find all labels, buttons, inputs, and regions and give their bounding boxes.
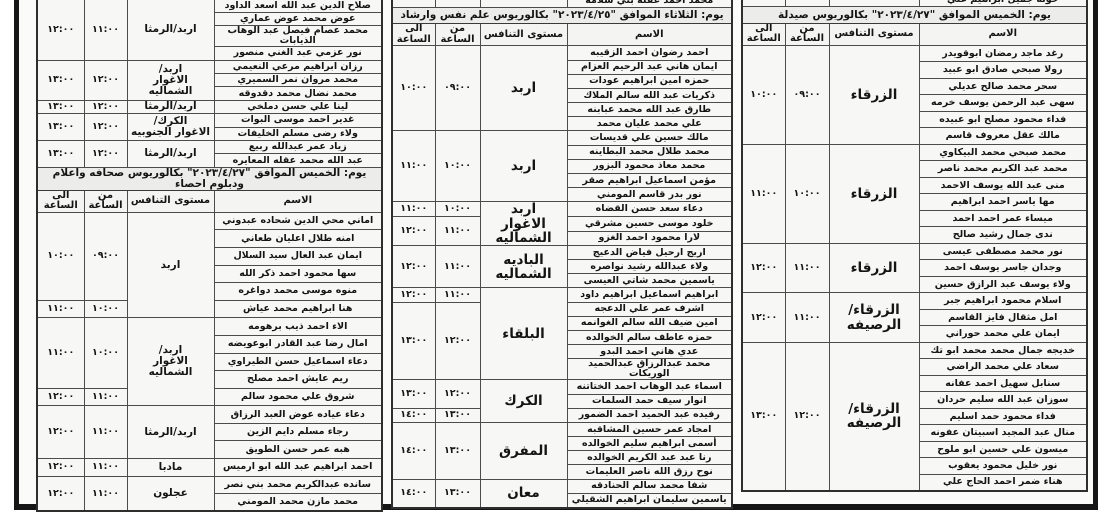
name-cell: نور خليل محمود يعقوب	[919, 458, 1087, 475]
name-cell: ندى جمال رشيد صالح	[919, 227, 1087, 244]
name-cell: هنا ابراهيم محمد عياش	[214, 300, 382, 318]
level-cell: اربد/ الاغوار الشماليه	[127, 318, 214, 406]
from-cell: ١٠:٠٠	[84, 318, 127, 388]
name-cell: ايمان هاني عبد الرحيم العزام	[567, 60, 732, 74]
to-cell: ١٢:٠٠	[37, 406, 84, 459]
name-cell: منى عبد الله يوسف الاحمد	[919, 177, 1087, 194]
column-header-level: مستوى التنافس	[127, 190, 214, 212]
name-cell: مالك حسين علي قديسات	[567, 131, 732, 145]
name-cell: امجاد عمر حسين المشاقبه	[567, 422, 732, 436]
name-cell: حمزه عاطف سالم الخوالده	[567, 331, 732, 345]
level-cell: اربد/ الاغوار الشماليه	[127, 60, 214, 100]
name-cell: سعاد علي محمد الراضي	[919, 359, 1087, 376]
name-cell: سنابل سهيل احمد عفانه	[919, 375, 1087, 392]
name-cell: وجدان جاسر يوسف احمد	[919, 260, 1087, 277]
name-cell: دعاء اسماعيل حسن الطيراوي	[214, 353, 382, 371]
day-header: يوم: الثلاثاء الموافق "٢٠٢٣/٤/٢٥" بكالور…	[392, 8, 732, 24]
name-cell: سحر محمد صالح عديلي	[919, 78, 1087, 95]
name-cell: ميساء عمر احمد احمد	[919, 210, 1087, 227]
from-cell: ١١:٠٠	[84, 388, 127, 406]
to-cell: ١٠:٠٠	[742, 45, 785, 144]
from-cell: ١٢:٠٠	[84, 100, 127, 113]
to-cell: ١٣:٠٠	[37, 100, 84, 113]
name-cell: دعاء عياده عوض العبد الرزاق	[214, 406, 382, 424]
name-cell: شروق علي محمود سالم	[214, 388, 382, 406]
name-cell: عبد الله محمد عقله المعايره	[214, 154, 382, 167]
level-cell: الزرقاء	[829, 144, 919, 243]
to-cell: ١٢:٠٠	[392, 216, 435, 245]
table-row: غدير احمد موسى البواتالكرك/ الاغوار الجن…	[37, 114, 382, 127]
name-cell: ولاء يوسف عبد الرازق حسين	[919, 276, 1087, 293]
name-cell: امين ضيف الله سالم الغوانمه	[567, 316, 732, 330]
from-cell: ١٢:٠٠	[785, 342, 829, 491]
name-cell: خلود موسى حسين مشرقي	[567, 216, 732, 231]
name-cell: انوار سيف حمد السلمات	[567, 394, 732, 408]
column-header-name: الاسم	[567, 24, 732, 46]
name-cell: احمد ابراهيم عبد الله ابو ارميس	[214, 459, 382, 477]
day-header-row: يوم: الخميس الموافق "٢٠٢٣/٤/٢٧" بكالوريو…	[37, 167, 382, 190]
name-cell: ايمان علي محمد حوراني	[919, 326, 1087, 343]
day-header-row: يوم: الخميس الموافق "٢٠٢٣/٤/٢٧" بكالوريو…	[742, 7, 1087, 24]
level-cell: اربد/الرمثا	[127, 100, 214, 113]
from-cell: ١١:٠٠	[84, 0, 127, 60]
name-cell: ذكريات عبد الله سالم الملاك	[567, 88, 732, 102]
level-cell: الكرك	[480, 380, 567, 423]
level-cell: اربد الاغوار الشماليه	[480, 202, 567, 246]
column-header-from: من الساعة	[84, 190, 127, 212]
name-cell: هناء ضمر احمد الحاج علي	[919, 474, 1087, 491]
name-cell: مالك عقل معروف قاسم	[919, 128, 1087, 145]
name-cell: امال رضا عبد القادر ابوعويضه	[214, 335, 382, 353]
name-cell: رنا عبد عبد الكريم الخوالده	[567, 451, 732, 465]
table-row: اماني محي الدين شحاده عبدونياربد٠٩:٠٠١٠:…	[37, 212, 382, 230]
name-cell: هبه عمر حسن الطويق	[214, 441, 382, 459]
table-row: الاء احمد ذيب برهومهاربد/ الاغوار الشمال…	[37, 318, 382, 336]
name-cell: ياسمين محمد شاتي العيسى	[567, 274, 732, 288]
name-cell: نور بدر قاسم المومني	[567, 188, 732, 202]
to-cell: ١٤:٠٠	[392, 479, 435, 507]
column-header-name: الاسم	[919, 23, 1087, 45]
name-cell: امل مثقال فايز القاسم	[919, 309, 1087, 326]
level-cell: المفرق	[480, 422, 567, 479]
name-cell: اماني محي الدين شحاده عبدوني	[214, 212, 382, 230]
table-row: اسماء عبد الوهاب احمد الختاتنهالكرك١٢:٠٠…	[392, 380, 732, 394]
column-header-level: مستوى التنافس	[480, 24, 567, 46]
column-header-row: الاسممستوى التنافسمن الساعةالى الساعة	[392, 24, 732, 46]
table-row: رزان ابراهيم مرعي النعيمياربد/ الاغوار ا…	[37, 60, 382, 73]
name-cell: دعاء سعد حسن القضاه	[567, 202, 732, 216]
from-cell: ١٣:٠٠	[435, 479, 480, 507]
from-cell: ١١:٠٠	[435, 245, 480, 288]
name-cell: ياسمين سليمان ابراهيم الشقيلي	[567, 493, 732, 507]
from-cell: ٠٩:٠٠	[435, 46, 480, 131]
table-row: خديجه جمال محمد محمد ابو تكالزرقاء/الرصي…	[742, 342, 1087, 359]
to-cell: ١٣:٠٠	[37, 140, 84, 167]
from-cell: ١٢:٠٠	[84, 140, 127, 167]
to-cell: ١١:٠٠	[37, 300, 84, 318]
table-row: نور محمد مصطفى عيسىالزرقاء١١:٠٠١٢:٠٠	[742, 243, 1087, 260]
name-cell: سهى عبد الرحمن يوسف خرمه	[919, 95, 1087, 112]
table-row: محمد صبحي محمد البيكاويالزرقاء١٠:٠٠١١:٠٠	[742, 144, 1087, 161]
name-cell: زياد عمر عبدالله ربيع	[214, 140, 382, 153]
name-cell: علي محمد عليان محمد	[567, 117, 732, 131]
name-cell: رزان ابراهيم مرعي النعيمي	[214, 60, 382, 73]
level-cell: الزرقاء	[829, 45, 919, 144]
from-cell: ١٢:٠٠	[84, 114, 127, 141]
name-cell: خديجه جمال محمد محمد ابو تك	[919, 342, 1087, 359]
name-cell: ايمان عبد العال سيد السلال	[214, 247, 382, 265]
name-cell: منوه موسى محمد دواغره	[214, 283, 382, 301]
to-cell: ١٣:٠٠	[392, 380, 435, 408]
from-cell: ١١:٠٠	[785, 293, 829, 343]
table-row: لينا علي حسن دملخياربد/الرمثا١٢:٠٠١٣:٠٠	[37, 100, 382, 113]
level-cell	[829, 0, 919, 7]
from-cell: ١١:٠٠	[84, 406, 127, 459]
table-row: زياد عمر عبدالله ربيعاربد/الرمثا١٢:٠٠١٣:…	[37, 140, 382, 153]
level-cell: الزرقاء/الرصيفه	[829, 342, 919, 491]
level-cell: الباديه الشماليه	[480, 245, 567, 288]
to-cell: ١٣:٠٠	[392, 302, 435, 380]
to-cell: ١٢:٠٠	[742, 243, 785, 293]
name-cell: محمد مروان نمر السميري	[214, 74, 382, 87]
from-cell: ٠٩:٠٠	[785, 45, 829, 144]
level-cell: البلقاء	[480, 288, 567, 380]
name-cell: محمد عصام فيصل عبد الوهاب الذيابات	[214, 26, 382, 47]
from-cell: ١١:٠٠	[435, 288, 480, 302]
level-cell: اربد	[480, 46, 567, 131]
name-cell: رغد ماجد رمضان ابوقويدر	[919, 45, 1087, 62]
name-cell: رجاء مسلم دايم الزين	[214, 423, 382, 441]
from-cell: ١٣:٠٠	[435, 408, 480, 422]
table-row: صلاح الدين عبد الله اسعد الداوداربد/الرم…	[37, 0, 382, 12]
from-cell: ١٢:٠٠	[435, 302, 480, 380]
table-row: شفا محمد سالم الحنادقهمعان١٣:٠٠١٤:٠٠	[392, 479, 732, 493]
to-cell: ١٢:٠٠	[392, 288, 435, 302]
name-cell: منال عبد المجيد اسبيتان عفونه	[919, 425, 1087, 442]
name-cell: مها ياسر احمد ابراهيم	[919, 194, 1087, 211]
name-cell: عوض محمد عوض عماري	[214, 12, 382, 25]
to-cell: ١٢:٠٠	[37, 476, 84, 511]
name-cell: محمد عبد الكريم محمد ناصر	[919, 161, 1087, 178]
name-cell: ولاء عبدالله رشيد نواصره	[567, 260, 732, 274]
schedule-table-psychology-schedule: محمد احمد عقله بني سلامهيوم: الثلاثاء ال…	[391, 0, 733, 509]
table-row: احمد ابراهيم عبد الله ابو ارميسمادبا١١:٠…	[37, 459, 382, 477]
name-cell: محمد طلال محمد البطاينه	[567, 145, 732, 159]
level-cell: الكرك/ الاغوار الجنوبيه	[127, 114, 214, 141]
level-cell	[480, 0, 567, 8]
name-cell: رولا صبحي صادق ابو عبيد	[919, 62, 1087, 79]
to-cell: ١١:٠٠	[37, 318, 84, 388]
from-cell: ١٠:٠٠	[84, 300, 127, 318]
to-cell: ١٢:٠٠	[37, 388, 84, 406]
to-cell: ١١:٠٠	[392, 131, 435, 202]
level-cell: اربد/الرمثا	[127, 0, 214, 60]
name-cell: لارا محمود احمد الغزو	[567, 231, 732, 245]
column-header-name: الاسم	[214, 190, 382, 212]
level-cell: اربد/الرمثا	[127, 406, 214, 459]
from-cell: ١٠:٠٠	[435, 202, 480, 216]
name-cell: محمد احمد عقله بني سلامه	[567, 0, 732, 8]
name-cell: شفا محمد سالم الحنادقه	[567, 479, 732, 493]
to-cell: ١٠:٠٠	[37, 212, 84, 300]
name-cell: ريم عايش احمد مصلح	[214, 371, 382, 389]
to-cell: ١٢:٠٠	[392, 245, 435, 288]
table-row: اسلام محمود ابراهيم جبرالزرقاء/الرصيفه١١…	[742, 293, 1087, 310]
column-header-row: الاسممستوى التنافسمن الساعةالى الساعة	[37, 190, 382, 212]
name-cell: طارق عبد الله محمد عبابنه	[567, 103, 732, 117]
from-cell: ١١:٠٠	[84, 459, 127, 477]
to-cell: ١٤:٠٠	[392, 422, 435, 479]
day-header: يوم: الخميس الموافق "٢٠٢٣/٤/٢٧" بكالوريو…	[742, 7, 1087, 24]
level-cell: اربد/الرمثا	[127, 140, 214, 167]
schedule-table-pharmacy-schedule: خوله جميل ابراهيم علييوم: الخميس الموافق…	[741, 0, 1088, 492]
table-row: مالك حسين علي قديساتاربد١٠:٠٠١١:٠٠	[392, 131, 732, 145]
name-cell: الاء احمد ذيب برهومه	[214, 318, 382, 336]
from-cell	[435, 0, 480, 8]
name-cell: ميسون علي حسين ابو ملوح	[919, 441, 1087, 458]
name-cell: اسماء عبد الوهاب احمد الختاتنه	[567, 380, 732, 394]
table-row: دعاء عياده عوض العبد الرزاقاربد/الرمثا١١…	[37, 406, 382, 424]
to-cell: ١١:٠٠	[742, 144, 785, 243]
to-cell: ١٤:٠٠	[392, 408, 435, 422]
name-cell: غدير احمد موسى البوات	[214, 114, 382, 127]
name-cell: محمد مازن محمد المومني	[214, 494, 382, 512]
name-cell: أسمى ابراهيم سليم الخوالده	[567, 437, 732, 451]
name-cell: اشرف عمر علي الدعجه	[567, 302, 732, 316]
level-cell: عجلون	[127, 476, 214, 511]
to-cell: ١٢:٠٠	[37, 0, 84, 60]
name-cell: محمد صبحي محمد البيكاوي	[919, 144, 1087, 161]
to-cell	[742, 0, 785, 7]
day-header: يوم: الخميس الموافق "٢٠٢٣/٤/٢٧" بكالوريو…	[37, 167, 382, 190]
table-row: احمد رضوان احمد الزقيبهاربد٠٩:٠٠١٠:٠٠	[392, 46, 732, 60]
from-cell	[785, 0, 829, 7]
to-cell: ١٢:٠٠	[742, 293, 785, 343]
name-cell: اسلام محمود ابراهيم جبر	[919, 293, 1087, 310]
table-row: امجاد عمر حسين المشاقبهالمفرق١٣:٠٠١٤:٠٠	[392, 422, 732, 436]
name-cell: محمد عبدالرزاق عبدالحميد الوريكات	[567, 359, 732, 380]
name-cell: رفيده عبد الحميد احمد الضمور	[567, 408, 732, 422]
from-cell: ١٣:٠٠	[435, 422, 480, 479]
to-cell	[392, 0, 435, 8]
name-cell: محمد معاذ محمود البزور	[567, 159, 732, 173]
column-header-from: من الساعة	[785, 23, 829, 45]
name-cell: مؤمن اسماعيل ابراهيم صقر	[567, 174, 732, 188]
from-cell: ٠٩:٠٠	[84, 212, 127, 300]
column-header-level: مستوى التنافس	[829, 23, 919, 45]
table-row-partial: خوله جميل ابراهيم علي	[742, 0, 1087, 7]
column-header-from: من الساعة	[435, 24, 480, 46]
name-cell: عدي هاني احمد البدو	[567, 345, 732, 359]
to-cell: ١٢:٠٠	[37, 459, 84, 477]
table-row: سانده عبدالكريم محمد بني نصرعجلون١١:٠٠١٢…	[37, 476, 382, 494]
level-cell: الزرقاء	[829, 243, 919, 293]
psychology-table-area: محمد احمد عقله بني سلامهيوم: الثلاثاء ال…	[391, 0, 733, 509]
name-cell: فداء محمود حمد اسليم	[919, 408, 1087, 425]
column-header-to: الى الساعة	[37, 190, 84, 212]
name-cell: نور عزمي عبد الغني منصور	[214, 47, 382, 60]
name-cell: ولاء رضى مسلم الخليفات	[214, 127, 382, 140]
name-cell: حمزه امين ابراهيم عودات	[567, 74, 732, 88]
name-cell: احمد رضوان احمد الزقيبه	[567, 46, 732, 60]
schedule-table-press-media-schedule: صلاح الدين عبد الله اسعد الداوداربد/الرم…	[36, 0, 383, 512]
press-media-table-area: صلاح الدين عبد الله اسعد الداوداربد/الرم…	[36, 0, 383, 512]
level-cell: اربد	[480, 131, 567, 202]
table-row-partial: محمد احمد عقله بني سلامه	[392, 0, 732, 8]
name-cell: نوح رزق الله ناصر العليمات	[567, 465, 732, 479]
name-cell: ابراهيم اسماعيل ابراهيم داود	[567, 288, 732, 302]
table-row: ابراهيم اسماعيل ابراهيم داودالبلقاء١١:٠٠…	[392, 288, 732, 302]
pharmacy-table-area: خوله جميل ابراهيم علييوم: الخميس الموافق…	[741, 0, 1088, 492]
day-header-row: يوم: الثلاثاء الموافق "٢٠٢٣/٤/٢٥" بكالور…	[392, 8, 732, 24]
name-cell: سانده عبدالكريم محمد بني نصر	[214, 476, 382, 494]
name-cell: امنه طلال اعليان طعاني	[214, 230, 382, 248]
from-cell: ١٢:٠٠	[435, 380, 480, 408]
from-cell: ١١:٠٠	[435, 216, 480, 245]
to-cell: ١٠:٠٠	[392, 46, 435, 131]
name-cell: صلاح الدين عبد الله اسعد الداود	[214, 0, 382, 12]
column-header-to: الى الساعة	[742, 23, 785, 45]
to-cell: ١١:٠٠	[392, 202, 435, 216]
name-cell: فداء محمود مصلح ابو عبيده	[919, 111, 1087, 128]
level-cell: مادبا	[127, 459, 214, 477]
table-row: اريج ارحيل فياض الدعيجالباديه الشماليه١١…	[392, 245, 732, 259]
table-row: رغد ماجد رمضان ابوقويدرالزرقاء٠٩:٠٠١٠:٠٠	[742, 45, 1087, 62]
column-header-row: الاسممستوى التنافسمن الساعةالى الساعة	[742, 23, 1087, 45]
name-cell: خوله جميل ابراهيم علي	[919, 0, 1087, 7]
from-cell: ١٠:٠٠	[435, 131, 480, 202]
from-cell: ١١:٠٠	[84, 476, 127, 511]
name-cell: اريج ارحيل فياض الدعيج	[567, 245, 732, 259]
name-cell: سوزان عبد الله سليم حردان	[919, 392, 1087, 409]
from-cell: ١١:٠٠	[785, 243, 829, 293]
name-cell: نور محمد مصطفى عيسى	[919, 243, 1087, 260]
name-cell: لينا علي حسن دملخي	[214, 100, 382, 113]
level-cell: معان	[480, 479, 567, 507]
column-header-to: الى الساعة	[392, 24, 435, 46]
from-cell: ١٢:٠٠	[84, 60, 127, 100]
level-cell: الزرقاء/الرصيفه	[829, 293, 919, 343]
name-cell: سها محمود احمد ذكر الله	[214, 265, 382, 283]
name-cell: محمد نضال محمد دقدوقه	[214, 87, 382, 100]
level-cell: اربد	[127, 212, 214, 318]
from-cell: ١٠:٠٠	[785, 144, 829, 243]
to-cell: ١٣:٠٠	[37, 60, 84, 100]
to-cell: ١٣:٠٠	[742, 342, 785, 491]
table-row: دعاء سعد حسن القضاهاربد الاغوار الشماليه…	[392, 202, 732, 216]
to-cell: ١٣:٠٠	[37, 114, 84, 141]
